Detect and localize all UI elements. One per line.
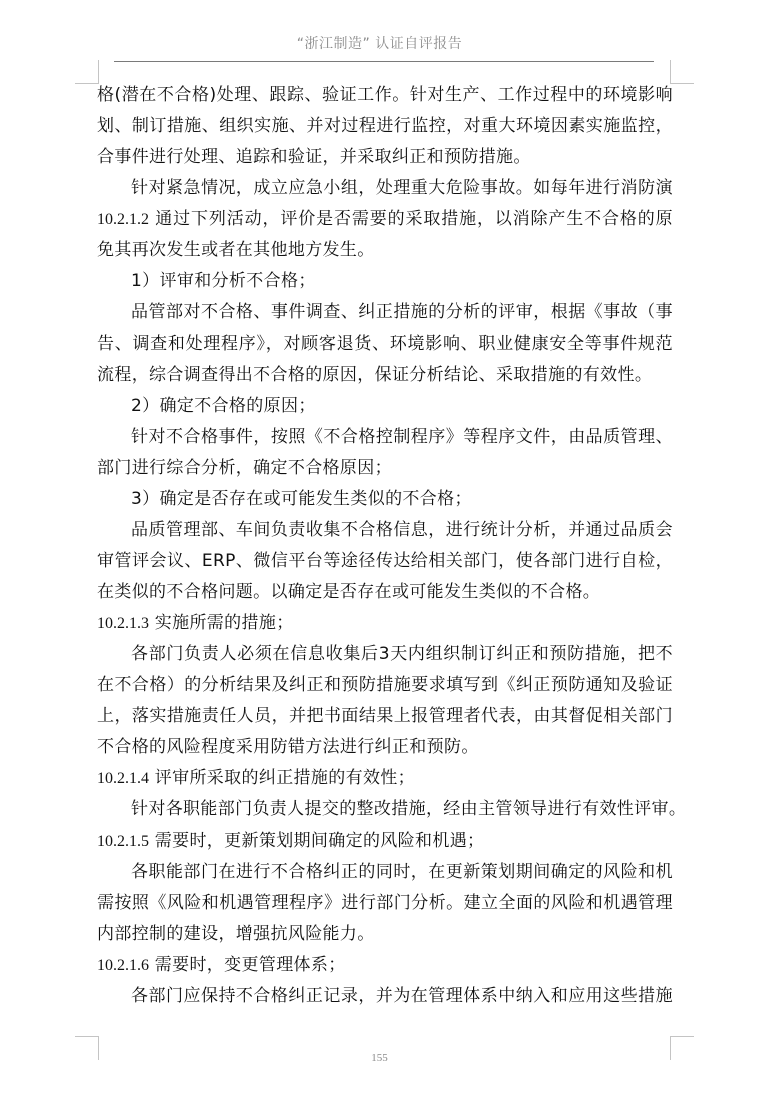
text-line: 3）确定是否存在或可能发生类似的不合格； [97,484,673,515]
line-text: 2）确定不合格的原因； [131,396,316,416]
page-number: 155 [0,1052,759,1064]
line-text: 3）确定是否存在或可能发生类似的不合格； [131,489,472,509]
text-line: 各部门应保持不合格纠正记录，并为在管理体系中纳入和应用这些措施及评价 [97,981,673,1012]
text-line: 在类似的不合格问题。以确定是否存在或可能发生类似的不合格。 [97,577,673,608]
line-text: 不合格的风险程度采用防错方法进行纠正和预防。 [97,737,479,757]
body-text: 格(潜在不合格)处理、跟踪、验证工作。针对生产、工作过程中的环境影响进行策划、制… [97,80,673,1012]
line-text: 格(潜在不合格)处理、跟踪、验证工作。针对生产、工作过程中的环境影响进行策 [97,85,673,111]
text-line: 针对紧急情况，成立应急小组，处理重大危险事故。如每年进行消防演练等。 [97,173,673,204]
text-line: 1）评审和分析不合格； [97,266,673,297]
text-line: 免其再次发生或者在其他地方发生。 [97,235,673,266]
line-text: 需按照《风险和机遇管理程序》进行部门分析。建立全面的风险和机遇管理措施和 [97,893,673,919]
text-line: 合事件进行处理、追踪和验证，并采取纠正和预防措施。 [97,142,673,173]
line-text: 需要时，变更管理体系； [149,955,346,975]
line-text: 在不合格）的分析结果及纠正和预防措施要求填写到《纠正预防通知及验证记录》 [97,675,673,701]
line-text: 免其再次发生或者在其他地方发生。 [97,240,375,260]
running-header-title: “浙江制造” 认证自评报告 [0,33,759,53]
text-line: 部门进行综合分析，确定不合格原因； [97,453,673,484]
section-number: 10.2.1.2 [97,211,149,228]
line-text: 通过下列活动，评价是否需要的采取措施，以消除产生不合格的原因，避 [97,209,673,235]
text-line: 在不合格）的分析结果及纠正和预防措施要求填写到《纠正预防通知及验证记录》 [97,670,673,701]
crop-mark-top-right [670,60,694,84]
section-number: 10.2.1.6 [97,957,149,974]
section-heading-line: 10.2.1.3 实施所需的措施； [97,608,673,639]
line-text: 各部门应保持不合格纠正记录，并为在管理体系中纳入和应用这些措施及评价 [131,986,673,1012]
line-text: 审管评会议、ERP、微信平台等途径传达给相关部门，使各部门进行自检，是否存 [97,551,673,577]
line-text: 合事件进行处理、追踪和验证，并采取纠正和预防措施。 [97,147,531,167]
header-rule [114,61,654,62]
text-line: 品质管理部、车间负责收集不合格信息，进行统计分析，并通过品质会议、内 [97,515,673,546]
line-text: 品质管理部、车间负责收集不合格信息，进行统计分析，并通过品质会议、内 [131,520,673,546]
text-line: 划、制订措施、组织实施、并对过程进行监控，对重大环境因素实施监控，对不符 [97,111,673,142]
text-line: 需按照《风险和机遇管理程序》进行部门分析。建立全面的风险和机遇管理措施和 [97,888,673,919]
line-text: 针对各职能部门负责人提交的整改措施，经由主管领导进行有效性评审。 [131,799,686,819]
line-text: 各部门负责人必须在信息收集后3天内组织制订纠正和预防措施，把不合格（潜 [131,644,673,670]
section-number: 10.2.1.3 [97,615,149,632]
section-number: 10.2.1.5 [97,833,149,850]
text-line: 各部门负责人必须在信息收集后3天内组织制订纠正和预防措施，把不合格（潜 [97,639,673,670]
section-heading-line: 10.2.1.2 通过下列活动，评价是否需要的采取措施，以消除产生不合格的原因，… [97,204,673,235]
line-text: 流程，综合调查得出不合格的原因，保证分析结论、采取措施的有效性。 [97,365,652,385]
line-text: 需要时，更新策划期间确定的风险和机遇； [149,831,484,851]
section-number: 10.2.1.4 [97,770,149,787]
line-text: 划、制订措施、组织实施、并对过程进行监控，对重大环境因素实施监控，对不符 [97,116,673,142]
line-text: 上，落实措施责任人员，并把书面结果上报管理者代表，由其督促相关部门必须按 [97,706,673,732]
crop-mark-top-left [75,60,99,84]
line-text: 各职能部门在进行不合格纠正的同时，在更新策划期间确定的风险和机遇，还 [131,862,673,888]
line-text: 在类似的不合格问题。以确定是否存在或可能发生类似的不合格。 [97,582,600,602]
text-line: 针对不合格事件，按照《不合格控制程序》等程序文件，由品质管理、制造等 [97,422,673,453]
text-line: 流程，综合调查得出不合格的原因，保证分析结论、采取措施的有效性。 [97,360,673,391]
line-text: 评审所采取的纠正措施的有效性； [149,768,415,788]
line-text: 品管部对不合格、事件调查、纠正措施的分析的评审，根据《事故（事件）报 [131,302,673,328]
text-line: 针对各职能部门负责人提交的整改措施，经由主管领导进行有效性评审。 [97,794,673,825]
text-line: 不合格的风险程度采用防错方法进行纠正和预防。 [97,732,673,763]
text-line: 品管部对不合格、事件调查、纠正措施的分析的评审，根据《事故（事件）报 [97,297,673,328]
text-line: 内部控制的建设，增强抗风险能力。 [97,919,673,950]
line-text: 1）评审和分析不合格； [131,271,316,291]
line-text: 告、调查和处理程序》，对顾客退货、环境影响、职业健康安全等事件规范了评审 [97,334,673,360]
line-text: 实施所需的措施； [149,613,294,633]
line-text: 针对不合格事件，按照《不合格控制程序》等程序文件，由品质管理、制造等 [131,427,673,453]
line-text: 内部控制的建设，增强抗风险能力。 [97,924,375,944]
line-text: 部门进行综合分析，确定不合格原因； [97,458,392,478]
text-line: 格(潜在不合格)处理、跟踪、验证工作。针对生产、工作过程中的环境影响进行策 [97,80,673,111]
text-line: 2）确定不合格的原因； [97,391,673,422]
section-heading-line: 10.2.1.4 评审所采取的纠正措施的有效性； [97,763,673,794]
document-page: “浙江制造” 认证自评报告 格(潜在不合格)处理、跟踪、验证工作。针对生产、工作… [0,0,759,1095]
text-line: 审管评会议、ERP、微信平台等途径传达给相关部门，使各部门进行自检，是否存 [97,546,673,577]
section-heading-line: 10.2.1.6 需要时，变更管理体系； [97,950,673,981]
text-line: 告、调查和处理程序》，对顾客退货、环境影响、职业健康安全等事件规范了评审 [97,329,673,360]
text-line: 各职能部门在进行不合格纠正的同时，在更新策划期间确定的风险和机遇，还 [97,857,673,888]
line-text: 针对紧急情况，成立应急小组，处理重大危险事故。如每年进行消防演练等。 [131,178,673,204]
section-heading-line: 10.2.1.5 需要时，更新策划期间确定的风险和机遇； [97,826,673,857]
text-line: 上，落实措施责任人员，并把书面结果上报管理者代表，由其督促相关部门必须按 [97,701,673,732]
